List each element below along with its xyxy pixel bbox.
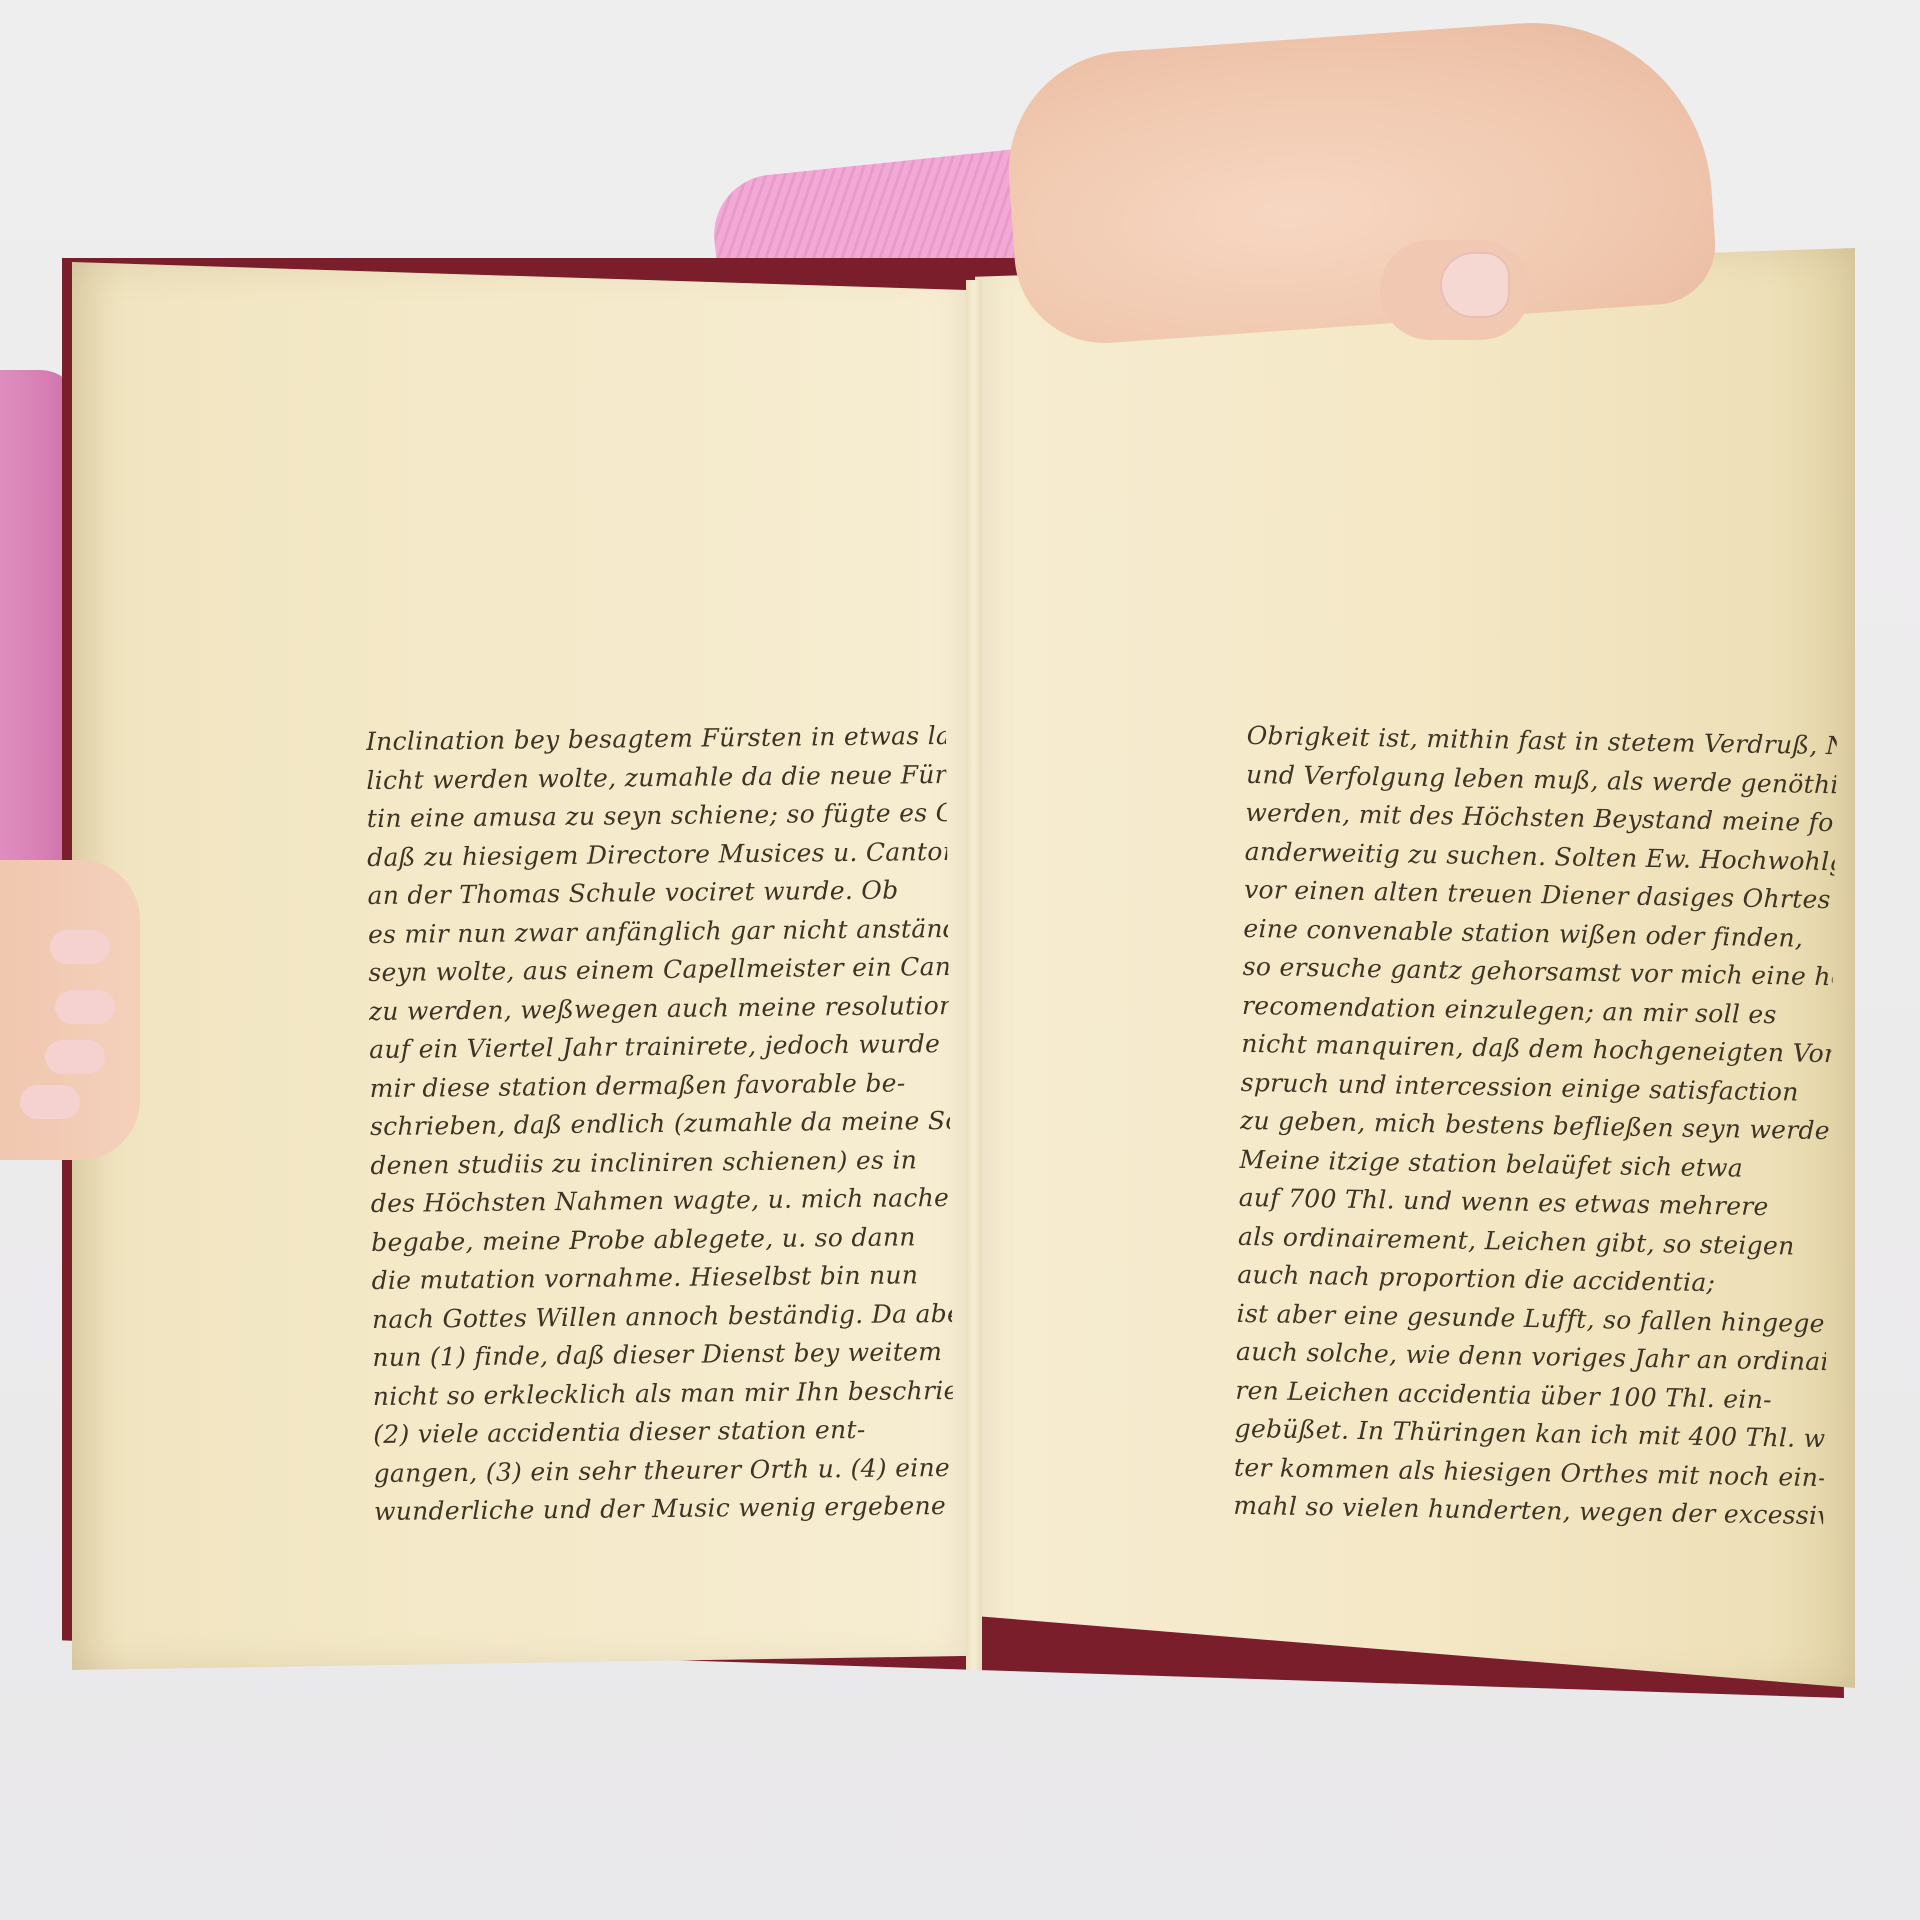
- manuscript-line: zu werden, weßwegen auch meine resolutio…: [369, 986, 949, 1031]
- manuscript-line: des Höchsten Nahmen wagte, u. mich nache…: [371, 1179, 951, 1224]
- fingernail: [20, 1085, 80, 1119]
- manuscript-line: licht werden wolte, zumahle da die neue …: [366, 755, 946, 800]
- manuscript-line: schrieben, daß endlich (zumahle da meine…: [370, 1102, 950, 1147]
- manuscript-line: (2) viele accidentia dieser station ent-: [373, 1410, 953, 1455]
- manuscript-line: an der Thomas Schule vociret wurde. Ob: [367, 871, 947, 916]
- manuscript-line: seyn wolte, aus einem Capellmeister ein …: [368, 948, 948, 993]
- fingernail: [55, 990, 115, 1024]
- manuscript-line: nach Gottes Willen annoch beständig. Da …: [372, 1294, 952, 1339]
- manuscript-line: wunderliche und der Music wenig ergebene: [374, 1487, 954, 1532]
- manuscript-line: tin eine amusa zu seyn schiene; so fügte…: [367, 794, 947, 839]
- left-page-manuscript: Inclination bey besagtem Fürsten in etwa…: [366, 717, 954, 1532]
- fingernail: [45, 1040, 105, 1074]
- manuscript-line: nun (1) finde, daß dieser Dienst bey wei…: [372, 1333, 952, 1378]
- fingernail: [50, 930, 110, 964]
- hand-left: [0, 860, 140, 1160]
- manuscript-line: mir diese station dermaßen favorable be-: [369, 1063, 949, 1108]
- thumbnail-top: [1440, 252, 1510, 318]
- manuscript-line: denen studiis zu incliniren schienen) es…: [370, 1140, 950, 1185]
- manuscript-line: auf ein Viertel Jahr trainirete, jedoch …: [369, 1025, 949, 1070]
- manuscript-line: es mir nun zwar anfänglich gar nicht ans…: [368, 909, 948, 954]
- manuscript-line: die mutation vornahme. Hieselbst bin nun: [371, 1256, 951, 1301]
- book-spine: [966, 280, 982, 1670]
- right-page-manuscript: Obrigkeit ist, mithin fast in stetem Ver…: [1233, 717, 1837, 1536]
- hand-top: [1001, 11, 1720, 349]
- manuscript-line: gangen, (3) ein sehr theurer Orth u. (4)…: [373, 1448, 953, 1493]
- manuscript-line: daß zu hiesigem Directore Musices u. Can…: [367, 832, 947, 877]
- manuscript-line: begabe, meine Probe ablegete, u. so dann: [371, 1217, 951, 1262]
- manuscript-line: Inclination bey besagtem Fürsten in etwa…: [366, 717, 946, 762]
- manuscript-line: nicht so erklecklich als man mir Ihn bes…: [373, 1371, 953, 1416]
